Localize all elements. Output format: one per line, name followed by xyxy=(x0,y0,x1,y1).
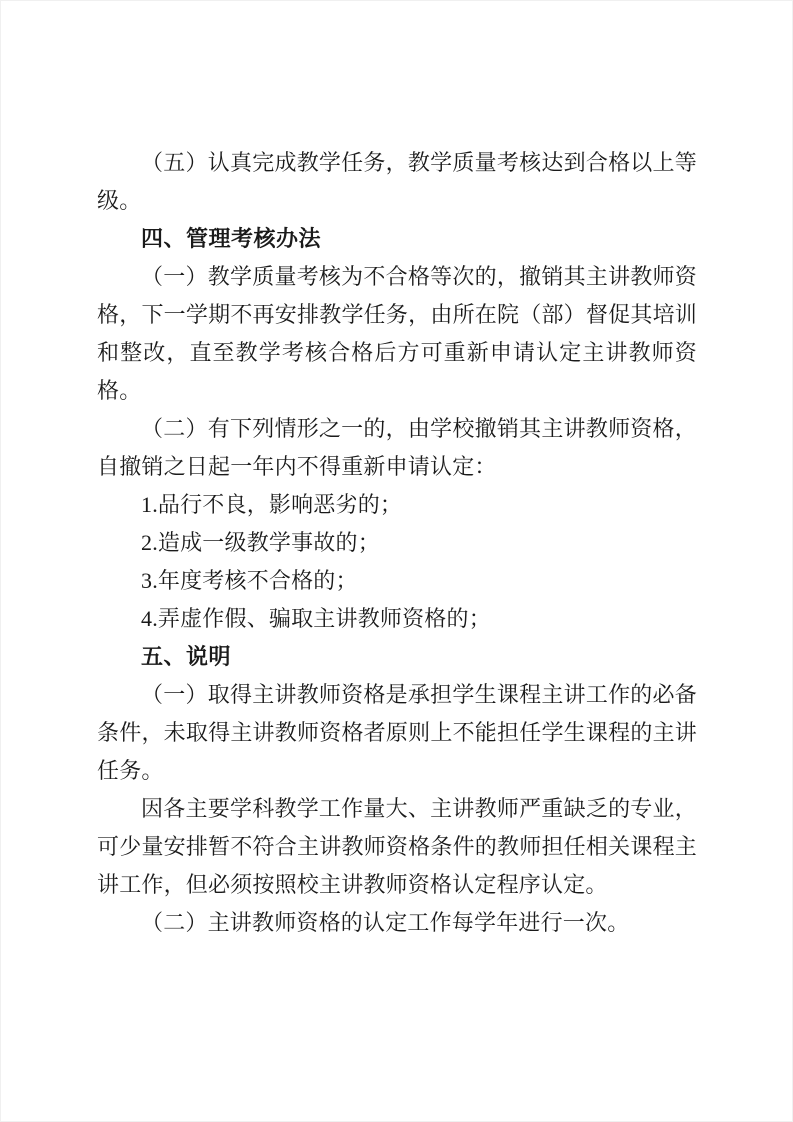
text-line: （二）有下列情形之一的，由学校撤销其主讲教师资格， xyxy=(97,410,697,448)
text-line: 可少量安排暂不符合主讲教师资格条件的教师担任相关课程主 xyxy=(97,828,697,866)
document-page: （五）认真完成教学任务，教学质量考核达到合格以上等级。四、管理考核办法（一）教学… xyxy=(0,0,793,1122)
text-line: 因各主要学科教学工作量大、主讲教师严重缺乏的专业， xyxy=(97,790,697,828)
text-line: （五）认真完成教学任务，教学质量考核达到合格以上等 xyxy=(97,144,697,182)
section-heading: 四、管理考核办法 xyxy=(97,220,697,258)
text-line: 3.年度考核不合格的； xyxy=(97,562,697,600)
text-line: （一）取得主讲教师资格是承担学生课程主讲工作的必备 xyxy=(97,676,697,714)
text-line: （一）教学质量考核为不合格等次的，撤销其主讲教师资 xyxy=(97,258,697,296)
text-line: 和整改，直至教学考核合格后方可重新申请认定主讲教师资 xyxy=(97,334,697,372)
text-line: 4.弄虚作假、骗取主讲教师资格的； xyxy=(97,600,697,638)
text-line: （二）主讲教师资格的认定工作每学年进行一次。 xyxy=(97,904,697,942)
text-line: 自撤销之日起一年内不得重新申请认定： xyxy=(97,448,697,486)
text-line: 2.造成一级教学事故的； xyxy=(97,524,697,562)
text-line: 条件，未取得主讲教师资格者原则上不能担任学生课程的主讲 xyxy=(97,714,697,752)
text-line: 格，下一学期不再安排教学任务，由所在院（部）督促其培训 xyxy=(97,296,697,334)
text-line: 1.品行不良，影响恶劣的； xyxy=(97,486,697,524)
text-line: 讲工作，但必须按照校主讲教师资格认定程序认定。 xyxy=(97,866,697,904)
section-heading: 五、说明 xyxy=(97,638,697,676)
text-line: 格。 xyxy=(97,372,697,410)
document-body: （五）认真完成教学任务，教学质量考核达到合格以上等级。四、管理考核办法（一）教学… xyxy=(97,144,697,942)
text-line: 级。 xyxy=(97,182,697,220)
text-line: 任务。 xyxy=(97,752,697,790)
